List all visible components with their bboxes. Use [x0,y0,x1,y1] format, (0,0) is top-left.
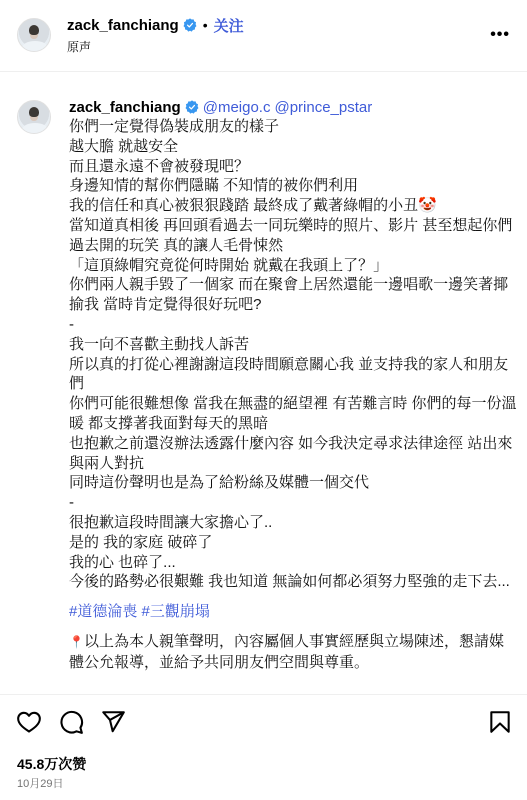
caption-name-row: zack_fanchiang @meigo.c @prince_pstar [69,98,372,116]
save-button[interactable] [487,709,513,735]
caption-avatar[interactable] [17,100,51,134]
statement-line: 📍以上為本人親筆聲明，內容屬個人事實經歷與立場陳述，懇請媒 [69,632,519,653]
bookmark-icon [487,709,513,735]
caption-line: 「這頂綠帽究竟從何時開始 就戴在我頭上了？」 [69,256,519,276]
caption-line: 身邊知情的幫你們隱瞞 不知情的被你們利用 [69,176,519,196]
caption-line: 我的信任和真心被狠狠踐踏 最終成了戴著綠帽的小丑🤡 [69,196,519,216]
mention-link[interactable]: @meigo.c [203,99,271,116]
caption-line: 你們兩人親手毀了一個家 而在聚會上居然還能一邊唱歌一邊笑著揶 [69,275,519,295]
post-date: 10月29日 [17,775,63,791]
spacer [69,592,519,602]
avatar-body [22,41,48,52]
divider [0,694,527,695]
statement-text: 以上為本人親筆聲明，內容屬個人事實經歷與立場陳述，懇請媒 [84,633,504,650]
comment-button[interactable] [58,709,84,735]
verified-badge-icon [185,100,199,114]
caption-line: 你們可能很難想像 當我在無盡的絕望裡 有苦難言時 你們的每一份溫 [69,394,519,414]
caption-line: 而且還永遠不會被發現吧？ [69,157,519,177]
caption-line: 所以真的打從心裡謝謝這段時間願意關心我 並支持我的家人和朋友 [69,355,519,375]
spacer [69,622,519,632]
caption-line: 今後的路勢必很艱難 我也知道 無論如何都必須努力堅強的走下去... [69,572,519,592]
share-button[interactable] [100,709,126,735]
caption-line: 你們一定覺得偽裝成朋友的樣子 [69,117,519,137]
caption-line: 們 [69,374,519,394]
caption-line: 很抱歉這段時間讓大家擔心了.. [69,513,519,533]
avatar[interactable] [17,18,51,52]
avatar-body [22,123,48,134]
caption-username-link[interactable]: zack_fanchiang [69,99,181,116]
caption-line: - [69,493,519,513]
caption-line: 是的 我的家庭 破碎了 [69,533,519,553]
audio-label[interactable]: 原声 [67,38,91,55]
username-link[interactable]: zack_fanchiang [67,17,179,34]
caption-line: 同時這份聲明也是為了給粉絲及媒體一個交代 [69,473,519,493]
caption-line: 越大膽 就越安全 [69,137,519,157]
caption-line: 揄我 當時肯定覺得很好玩吧? [69,295,519,315]
avatar-hair [29,107,39,117]
like-count[interactable]: 45.8万次赞 [17,754,86,774]
caption-text: 你們一定覺得偽裝成朋友的樣子 越大膽 就越安全 而且還永遠不會被發現吧？ 身邊知… [69,117,519,673]
caption-line: 暖 都支撐著我面對每天的黑暗 [69,414,519,434]
post-header: zack_fanchiang • 关注 原声 ••• [0,0,527,72]
caption-line: 當知道真相後 再回頭看過去一同玩樂時的照片、影片 甚至想起你們 [69,216,519,236]
caption-line: 過去開的玩笑 真的讓人毛骨悚然 [69,236,519,256]
caption-line: - [69,315,519,335]
heart-icon [16,709,42,735]
hashtag-links[interactable]: #道德淪喪 #三觀崩塌 [69,602,519,622]
pin-icon: 📍 [69,635,84,649]
like-button[interactable] [16,709,42,735]
action-bar [0,705,527,739]
caption-line: 我一向不喜歡主動找人訴苦 [69,335,519,355]
more-options-button[interactable]: ••• [490,26,510,44]
caption-line: 我的心 也碎了... [69,553,519,573]
avatar-hair [29,25,39,35]
caption-line: 也抱歉之前還沒辦法透露什麼內容 如今我決定尋求法律途徑 站出來 [69,434,519,454]
comment-icon [58,709,84,735]
separator-dot: • [203,17,208,33]
mention-link[interactable]: @prince_pstar [274,99,372,116]
verified-badge-icon [183,18,197,32]
statement-line: 體公允報導，並給予共同朋友們空間與尊重。 [69,653,519,673]
header-name-row: zack_fanchiang • 关注 [67,15,244,35]
send-icon [100,709,126,735]
caption-line: 與兩人對抗 [69,454,519,474]
follow-button[interactable]: 关注 [214,15,244,36]
